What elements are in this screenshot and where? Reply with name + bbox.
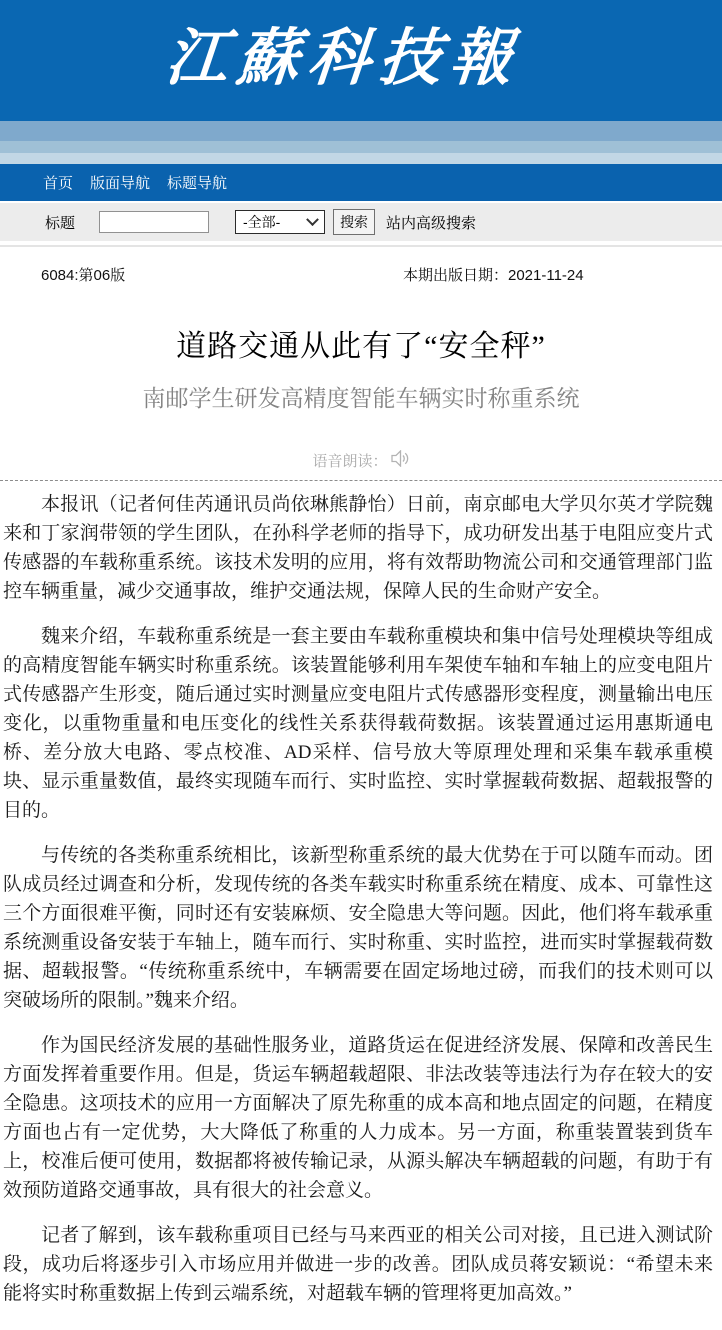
main-nav: 首页 版面导航 标题导航 (0, 164, 722, 203)
nav-item-page-navigation[interactable]: 版面导航 (90, 172, 150, 193)
article-title: 道路交通从此有了“安全秤” (10, 321, 712, 365)
search-input[interactable] (99, 211, 209, 233)
article-paragraph-4: 作为国民经济发展的基础性服务业，道路货运在促进经济发展、保障和改善民生方面发挥着… (3, 1031, 713, 1205)
article-paragraph-2: 魏来介绍，车载称重系统是一套主要由车载称重模块和集中信号处理模块等组成的高精度智… (3, 622, 713, 825)
search-category-select[interactable]: -全部- (235, 210, 325, 234)
search-category-selected-value: -全部- (243, 212, 280, 232)
article-body: 本报讯（记者何佳芮通讯员尚依琳熊静怡）日前，南京邮电大学贝尔英才学院魏来和丁家润… (3, 490, 713, 1308)
masthead-gradient-band-3 (0, 153, 722, 164)
issue-info-row: 6084:第06版 本期出版日期：2021-11-24 (0, 247, 722, 293)
advanced-search-link[interactable]: 站内高级搜索 (386, 212, 476, 233)
nav-item-title-navigation[interactable]: 标题导航 (167, 172, 227, 193)
dashed-divider (0, 480, 722, 481)
article-subtitle: 南邮学生研发高精度智能车辆实时称重系统 (0, 380, 722, 413)
voice-reading-label: 语音朗读： (312, 450, 387, 471)
nav-item-home[interactable]: 首页 (43, 172, 73, 193)
newspaper-logo[interactable]: 江蘇科技報 (164, 27, 524, 89)
search-button[interactable]: 搜索 (333, 209, 375, 235)
article-paragraph-1: 本报讯（记者何佳芮通讯员尚依琳熊静怡）日前，南京邮电大学贝尔英才学院魏来和丁家润… (3, 490, 713, 606)
masthead-banner: 江蘇科技報 (0, 0, 722, 121)
masthead-gradient-band-2 (0, 141, 722, 153)
edition-number: 6084:第06版 (41, 264, 125, 285)
speaker-icon[interactable] (391, 450, 410, 471)
search-title-label: 标题 (45, 212, 75, 233)
publish-date: 本期出版日期：2021-11-24 (403, 264, 584, 285)
newspaper-page: 江蘇科技報 首页 版面导航 标题导航 标题 -全部- 搜索 站内高级搜索 608… (0, 0, 722, 1330)
masthead-gradient-band-1 (0, 121, 722, 141)
chevron-down-icon (306, 213, 319, 226)
article-paragraph-5: 记者了解到，该车载称重项目已经与马来西亚的相关公司对接，且已进入测试阶段，成功后… (3, 1221, 713, 1308)
voice-reading-row: 语音朗读： (0, 449, 722, 471)
search-bar: 标题 -全部- 搜索 站内高级搜索 (0, 203, 722, 241)
article-paragraph-3: 与传统的各类称重系统相比，该新型称重系统的最大优势在于可以随车而动。团队成员经过… (3, 841, 713, 1015)
